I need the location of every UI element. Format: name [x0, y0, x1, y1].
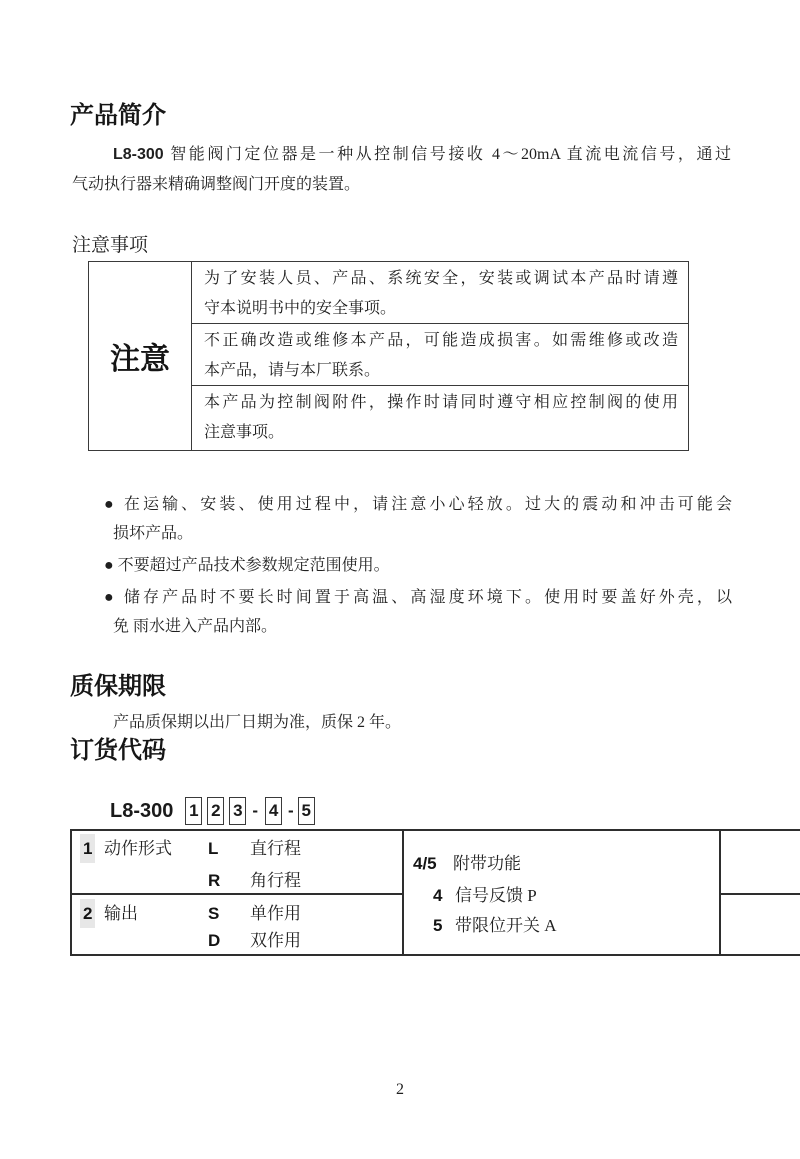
model-number-text: L8-300 — [113, 146, 164, 163]
bullet-line: 免 雨水进入产品内部。 — [104, 612, 732, 641]
section-heading-product-intro: 产品简介 — [70, 101, 166, 131]
notice-table: 注意 为了安装人员、产品、系统安全，安装或调试本产品时请遵 守本说明书中的安全事… — [88, 261, 689, 451]
order-code-digit-box-5: 5 — [298, 797, 315, 825]
order-code-separator: - — [252, 801, 258, 821]
notice-label-cell: 注意 — [89, 262, 192, 450]
table-divider-horizontal-left — [72, 893, 404, 895]
order-code-digit-box-2: 2 — [207, 797, 224, 825]
section-heading-ordering: 订货代码 — [70, 736, 166, 766]
precaution-bullet-list: ● 在运输、安装、使用过程中，请注意小心轻放。过大的震动和冲击可能会 损坏产品。… — [104, 490, 732, 641]
intro-line-2: 气动执行器来精确调整阀门开度的装置。 — [72, 170, 731, 200]
bullet-item-specs: ● 不要超过产品技术参数规定范围使用。 — [104, 551, 732, 580]
order-code-separator: - — [288, 801, 294, 821]
bullet-item-storage: ● 储存产品时不要长时间置于高温、高湿度环境下。使用时要盖好外壳，以 免 雨水进… — [104, 583, 732, 641]
order-code-line: L8-300 1 2 3 - 4 - 5 — [110, 796, 315, 826]
notice-row-3: 本产品为控制阀附件，操作时请同时遵守相应控制阀的使用 注意事项。 — [192, 385, 688, 450]
bullet-item-handling: ● 在运输、安装、使用过程中，请注意小心轻放。过大的震动和冲击可能会 损坏产品。 — [104, 490, 732, 548]
order-code-digit-box-3: 3 — [229, 797, 246, 825]
document-page: 产品简介 L8-300 智能阀门定位器是一种从控制信号接收 4～20mA 直流电… — [0, 0, 800, 1159]
notice-row-2: 不正确改造或维修本产品，可能造成损害。如需维修或改造 本产品，请与本厂联系。 — [192, 323, 688, 385]
order-code-table: 1 动作形式 L 直行程 R 角行程 2 输出 S 单作用 D 双作用 4/5 … — [70, 829, 800, 956]
bullet-line: ● 不要超过产品技术参数规定范围使用。 — [104, 551, 732, 580]
section-heading-warranty: 质保期限 — [70, 672, 166, 702]
intro-line-1: L8-300 智能阀门定位器是一种从控制信号接收 4～20mA 直流电流信号，通… — [72, 140, 731, 170]
bullet-line: ● 储存产品时不要长时间置于高温、高湿度环境下。使用时要盖好外壳，以 — [104, 583, 732, 612]
notice-section-heading: 注意事项 — [72, 233, 148, 259]
order-code-digit-box-1: 1 — [185, 797, 202, 825]
bullet-line: 损坏产品。 — [104, 519, 732, 548]
order-code-model: L8-300 — [110, 800, 173, 823]
page-number: 2 — [0, 1076, 800, 1104]
warranty-text: 产品质保期以出厂日期为准，质保 2 年。 — [113, 708, 401, 738]
notice-row-1: 为了安装人员、产品、系统安全，安装或调试本产品时请遵 守本说明书中的安全事项。 — [192, 262, 688, 323]
table-divider-horizontal-right — [721, 893, 800, 895]
intro-paragraph: L8-300 智能阀门定位器是一种从控制信号接收 4～20mA 直流电流信号，通… — [72, 140, 731, 200]
bullet-line: ● 在运输、安装、使用过程中，请注意小心轻放。过大的震动和冲击可能会 — [104, 490, 732, 519]
order-code-digit-box-4: 4 — [265, 797, 282, 825]
